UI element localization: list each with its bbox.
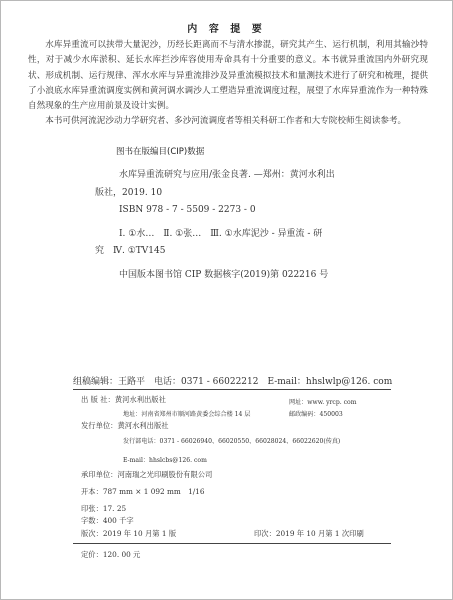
cip-title-line: 水库异重流研究与应用/张金良著. —郑州：黄河水利出 — [95, 167, 370, 185]
distribution-phone: 发行部电话：0371 - 66026940、66020550、66028024、… — [123, 436, 340, 445]
printer: 承印单位：河南瑞之光印刷股份有限公司 — [81, 470, 212, 480]
cip-record-number: 中国版本图书馆 CIP 数据核字(2019)第 022216 号 — [95, 267, 370, 285]
printing: 印次：2019 年 10 月第 1 次印刷 — [254, 529, 364, 539]
summary-body: 水库异重流可以挟带大量泥沙，历经长距离而不与清水掺混，研究其产生、运行机制，利用… — [28, 38, 428, 130]
cip-classification: Ⅰ. ①水… Ⅱ. ①张… Ⅲ. ①水库泥沙 - 异重流 - 研 — [95, 226, 370, 244]
cip-block: 水库异重流研究与应用/张金良著. —郑州：黄河水利出 版社，2019. 10 I… — [95, 167, 370, 284]
edition: 版次：2019 年 10 月第 1 版 — [81, 529, 176, 539]
summary-title: 内 容 提 要 — [0, 20, 453, 35]
cip-isbn: ISBN 978 - 7 - 5509 - 2273 - 0 — [95, 202, 370, 220]
cip-title-line-cont: 版社，2019. 10 — [95, 185, 370, 203]
summary-paragraph: 水库异重流可以挟带大量泥沙，历经长距离而不与清水掺混，研究其产生、运行机制，利用… — [28, 38, 428, 114]
word-count: 字数：400 千字 — [81, 516, 134, 526]
website: 网址：www. yrcp. com — [289, 397, 356, 406]
editor-contact-line: 组稿编辑：王路平 电话：0371 - 66022212 E-mail：hhslw… — [73, 374, 392, 387]
publisher: 出 版 社：黄河水利出版社 — [81, 395, 166, 405]
cip-classification-cont: 究 Ⅳ. ①TV145 — [95, 243, 370, 261]
format: 开本：787 mm × 1 092 mm 1/16 — [81, 487, 204, 497]
cip-heading: 图书在版编目(CIP)数据 — [116, 145, 204, 157]
price: 定价：120. 00 元 — [81, 550, 140, 560]
sheets: 印张：17. 25 — [81, 504, 126, 514]
distributor: 发行单位：黄河水利出版社 — [81, 421, 169, 431]
distribution-email: E-mail：hhslcbs@126. com — [123, 455, 207, 464]
postcode: 邮政编码：450003 — [289, 409, 343, 418]
divider-bottom — [73, 543, 391, 544]
divider-top — [73, 389, 391, 390]
summary-paragraph: 本书可供河流泥沙动力学研究者、多沙河流调度者等相关科研工作者和大专院校师生阅读参… — [28, 114, 428, 129]
address: 地址：河南省郑州市顺河路黄委会综合楼 14 层 — [123, 409, 250, 418]
